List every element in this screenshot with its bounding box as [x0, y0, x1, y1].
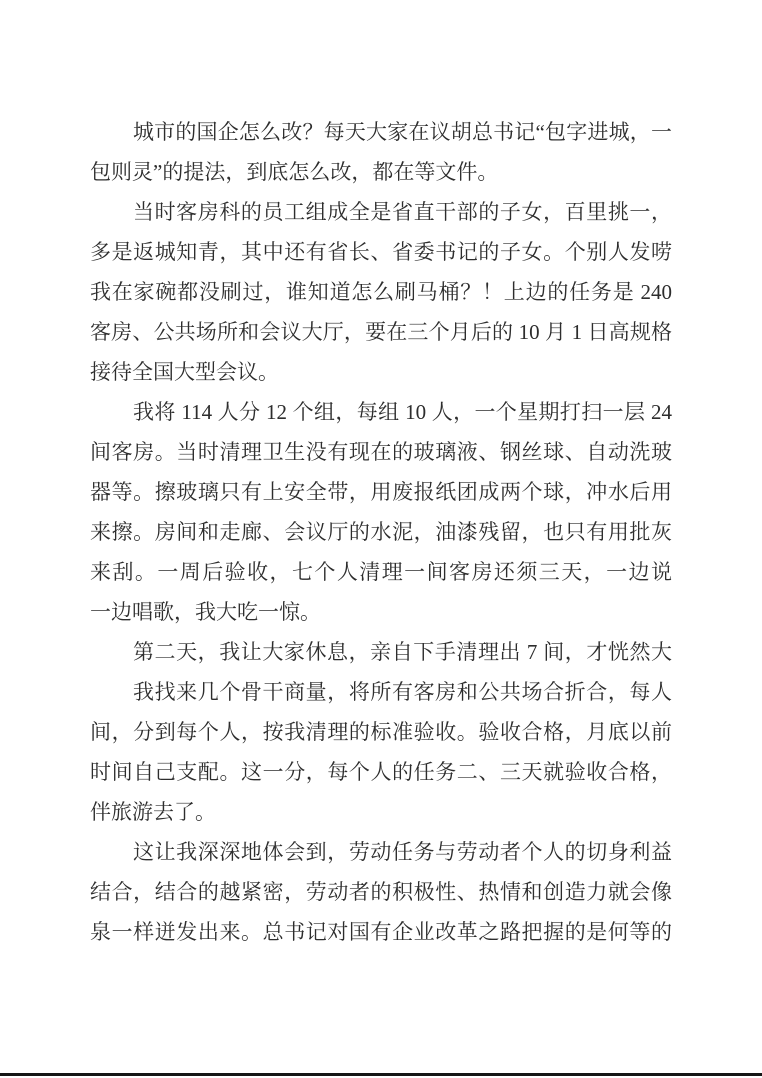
text-line: 间，分到每个人，按我清理的标准验收。验收合格，月底以前的	[90, 712, 672, 752]
text-line: 第二天，我让大家休息，亲自下手清理出 7 间，才恍然大悟。	[90, 632, 672, 672]
text-line: 伴旅游去了。	[90, 792, 672, 832]
text-line: 当时客房科的员工组成全是省直干部的子女，百里挑一，大	[90, 192, 672, 232]
text-line: 间客房。当时清理卫生没有现在的玻璃液、钢丝球、自动洗玻璃	[90, 432, 672, 472]
document-text: 城市的国企怎么改？每天大家在议胡总书记“包字进城，一 包则灵”的提法，到底怎么改…	[90, 112, 672, 952]
text-line: 泉一样迸发出来。总书记对国有企业改革之路把握的是何等的精	[90, 912, 672, 952]
document-page: 城市的国企怎么改？每天大家在议胡总书记“包字进城，一 包则灵”的提法，到底怎么改…	[0, 0, 762, 1078]
text-line: 多是返城知青，其中还有省长、省委书记的子女。个别人发唠骚：	[90, 232, 672, 272]
text-line: 来刮。一周后验收，七个人清理一间客房还须三天，一边说笑、	[90, 552, 672, 592]
text-line: 来擦。房间和走廊、会议厅的水泥，油漆残留，也只有用批灰刀	[90, 512, 672, 552]
text-line: 客房、公共场所和会议大厅，要在三个月后的 10 月 1 日高规格	[90, 312, 672, 352]
text-line: 这让我深深地体会到，劳动任务与劳动者个人的切身利益相	[90, 832, 672, 872]
text-line: 一边唱歌，我大吃一惊。	[90, 592, 672, 632]
text-line: 城市的国企怎么改？每天大家在议胡总书记“包字进城，一	[90, 112, 672, 152]
text-line: 时间自己支配。这一分，每个人的任务二、三天就验收合格，结	[90, 752, 672, 792]
text-line: 接待全国大型会议。	[90, 352, 672, 392]
text-line: 结合，结合的越紧密，劳动者的积极性、热情和创造力就会像喷	[90, 872, 672, 912]
text-line: 我找来几个骨干商量，将所有客房和公共场合折合，每人 7	[90, 672, 672, 712]
text-line: 我将 114 人分 12 个组，每组 10 人，一个星期打扫一层 24	[90, 392, 672, 432]
text-line: 包则灵”的提法，到底怎么改，都在等文件。	[90, 152, 672, 192]
text-line: 器等。擦玻璃只有上安全带，用废报纸团成两个球，冲水后用手	[90, 472, 672, 512]
page-bottom-edge	[0, 1073, 762, 1076]
text-line: 我在家碗都没刷过，谁知道怎么刷马桶？！上边的任务是 240 间	[90, 272, 672, 312]
